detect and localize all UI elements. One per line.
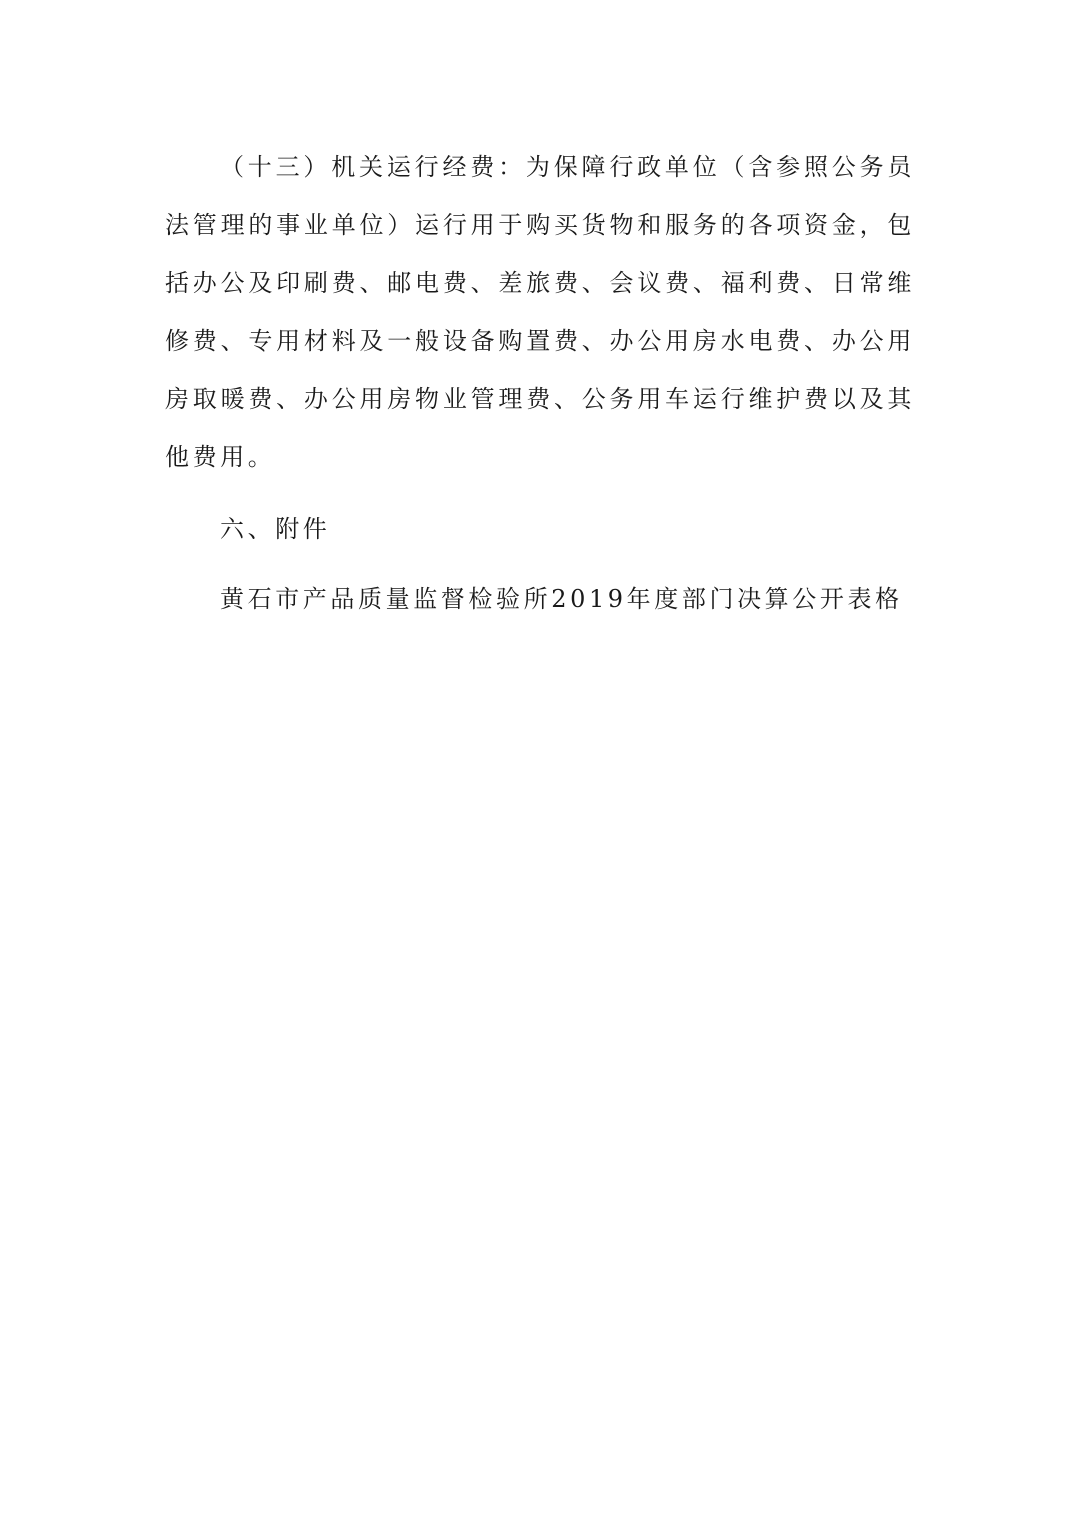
attachment-title: 黄石市产品质量监督检验所2019年度部门决算公开表格	[165, 570, 925, 628]
paragraph-operating-expenses: （十三）机关运行经费：为保障行政单位（含参照公务员法管理的事业单位）运行用于购买…	[165, 138, 915, 486]
document-page: （十三）机关运行经费：为保障行政单位（含参照公务员法管理的事业单位）运行用于购买…	[165, 138, 925, 628]
section-heading-attachments: 六、附件	[165, 500, 925, 558]
